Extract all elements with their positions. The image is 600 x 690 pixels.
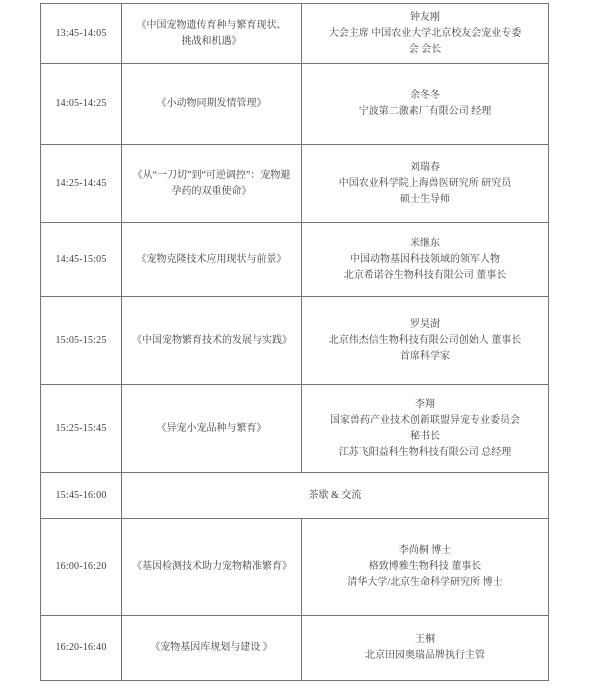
time-cell: 15:25-15:45 — [41, 385, 122, 473]
time-cell: 14:25-14:45 — [41, 145, 122, 223]
topic-cell: 《基因检测技术助力宠物精准繁育》 — [122, 519, 302, 616]
table-row: 14:05-14:25 《小动物同期发情管理》 余冬冬 宁波第二激素厂有限公司 … — [41, 64, 549, 145]
speaker-title-line: 清华大学/北京生命科学研究所 博士 — [327, 575, 523, 591]
speaker-name: 罗昊澍 — [327, 317, 523, 333]
speaker-title-line: 江苏飞阳益科生物科技有限公司 总经理 — [327, 445, 523, 461]
speaker-cell: 余冬冬 宁波第二激素厂有限公司 经理 — [302, 64, 549, 145]
speaker-title-line: 大会主席 中国农业大学北京校友会宠业专委会 会长 — [327, 26, 523, 58]
speaker-title-line: 国家兽药产业技术创新联盟异宠专业委员会 秘书长 — [327, 413, 523, 445]
table-row: 14:25-14:45 《从“一刀切”到“可逆调控”：宠物避孕药的双重使命》 刘… — [41, 145, 549, 223]
time-cell: 16:00-16:20 — [41, 519, 122, 616]
speaker-name: 王桐 — [327, 632, 523, 648]
topic-cell: 《从“一刀切”到“可逆调控”：宠物避孕药的双重使命》 — [122, 145, 302, 223]
time-cell: 15:05-15:25 — [41, 297, 122, 385]
speaker-cell: 李尚桐 博士 格致博雅生物科技 董事长 清华大学/北京生命科学研究所 博士 — [302, 519, 549, 616]
time-cell: 14:05-14:25 — [41, 64, 122, 145]
speaker-cell: 米继东 中国动物基因科技领域的领军人物 北京希诺谷生物科技有限公司 董事长 — [302, 223, 549, 297]
schedule-table: 13:45-14:05 《中国宠物遗传育种与繁育现状、挑战和机遇》 钟友刚 大会… — [40, 3, 549, 681]
table-row: 14:45-15:05 《宠物克隆技术应用现状与前景》 米继东 中国动物基因科技… — [41, 223, 549, 297]
topic-cell: 《宠物基因库规划与建设 》 — [122, 616, 302, 681]
topic-cell: 《中国宠物繁育技术的发展与实践》 — [122, 297, 302, 385]
table-row: 15:25-15:45 《异宠小宠品种与繁育》 李翔 国家兽药产业技术创新联盟异… — [41, 385, 549, 473]
time-cell: 16:20-16:40 — [41, 616, 122, 681]
speaker-title-line: 硕士生导师 — [327, 192, 523, 208]
speaker-title-line: 北京田园奥瑞品牌执行主管 — [327, 648, 523, 664]
speaker-cell: 刘瑞春 中国农业科学院上海兽医研究所 研究员 硕士生导师 — [302, 145, 549, 223]
speaker-name: 余冬冬 — [327, 88, 523, 104]
speaker-name: 刘瑞春 — [327, 160, 523, 176]
speaker-cell: 王桐 北京田园奥瑞品牌执行主管 — [302, 616, 549, 681]
speaker-cell: 钟友刚 大会主席 中国农业大学北京校友会宠业专委会 会长 — [302, 4, 549, 64]
document-page: 13:45-14:05 《中国宠物遗传育种与繁育现状、挑战和机遇》 钟友刚 大会… — [0, 0, 600, 690]
speaker-title-line: 中国农业科学院上海兽医研究所 研究员 — [327, 176, 523, 192]
topic-cell: 《异宠小宠品种与繁育》 — [122, 385, 302, 473]
table-row: 16:20-16:40 《宠物基因库规划与建设 》 王桐 北京田园奥瑞品牌执行主… — [41, 616, 549, 681]
table-row-tea-break: 15:45-16:00 茶歇 & 交流 — [41, 473, 549, 519]
topic-cell: 《小动物同期发情管理》 — [122, 64, 302, 145]
speaker-name: 钟友刚 — [327, 10, 523, 26]
speaker-title-line: 宁波第二激素厂有限公司 经理 — [327, 104, 523, 120]
time-cell: 15:45-16:00 — [41, 473, 122, 519]
speaker-title-line: 格致博雅生物科技 董事长 — [327, 559, 523, 575]
speaker-cell: 罗昊澍 北京伟杰信生物科技有限公司创始人 董事长 首席科学家 — [302, 297, 549, 385]
speaker-cell: 李翔 国家兽药产业技术创新联盟异宠专业委员会 秘书长 江苏飞阳益科生物科技有限公… — [302, 385, 549, 473]
speaker-title-line: 中国动物基因科技领域的领军人物 — [327, 252, 523, 268]
time-cell: 14:45-15:05 — [41, 223, 122, 297]
table-row: 15:05-15:25 《中国宠物繁育技术的发展与实践》 罗昊澍 北京伟杰信生物… — [41, 297, 549, 385]
topic-cell: 《宠物克隆技术应用现状与前景》 — [122, 223, 302, 297]
tea-break-cell: 茶歇 & 交流 — [122, 473, 549, 519]
topic-cell: 《中国宠物遗传育种与繁育现状、挑战和机遇》 — [122, 4, 302, 64]
speaker-name: 李尚桐 博士 — [327, 543, 523, 559]
time-cell: 13:45-14:05 — [41, 4, 122, 64]
speaker-title-line: 北京希诺谷生物科技有限公司 董事长 — [327, 268, 523, 284]
speaker-title-line: 北京伟杰信生物科技有限公司创始人 董事长 首席科学家 — [327, 333, 523, 365]
table-row: 13:45-14:05 《中国宠物遗传育种与繁育现状、挑战和机遇》 钟友刚 大会… — [41, 4, 549, 64]
speaker-name: 李翔 — [327, 397, 523, 413]
speaker-name: 米继东 — [327, 236, 523, 252]
table-row: 16:00-16:20 《基因检测技术助力宠物精准繁育》 李尚桐 博士 格致博雅… — [41, 519, 549, 616]
